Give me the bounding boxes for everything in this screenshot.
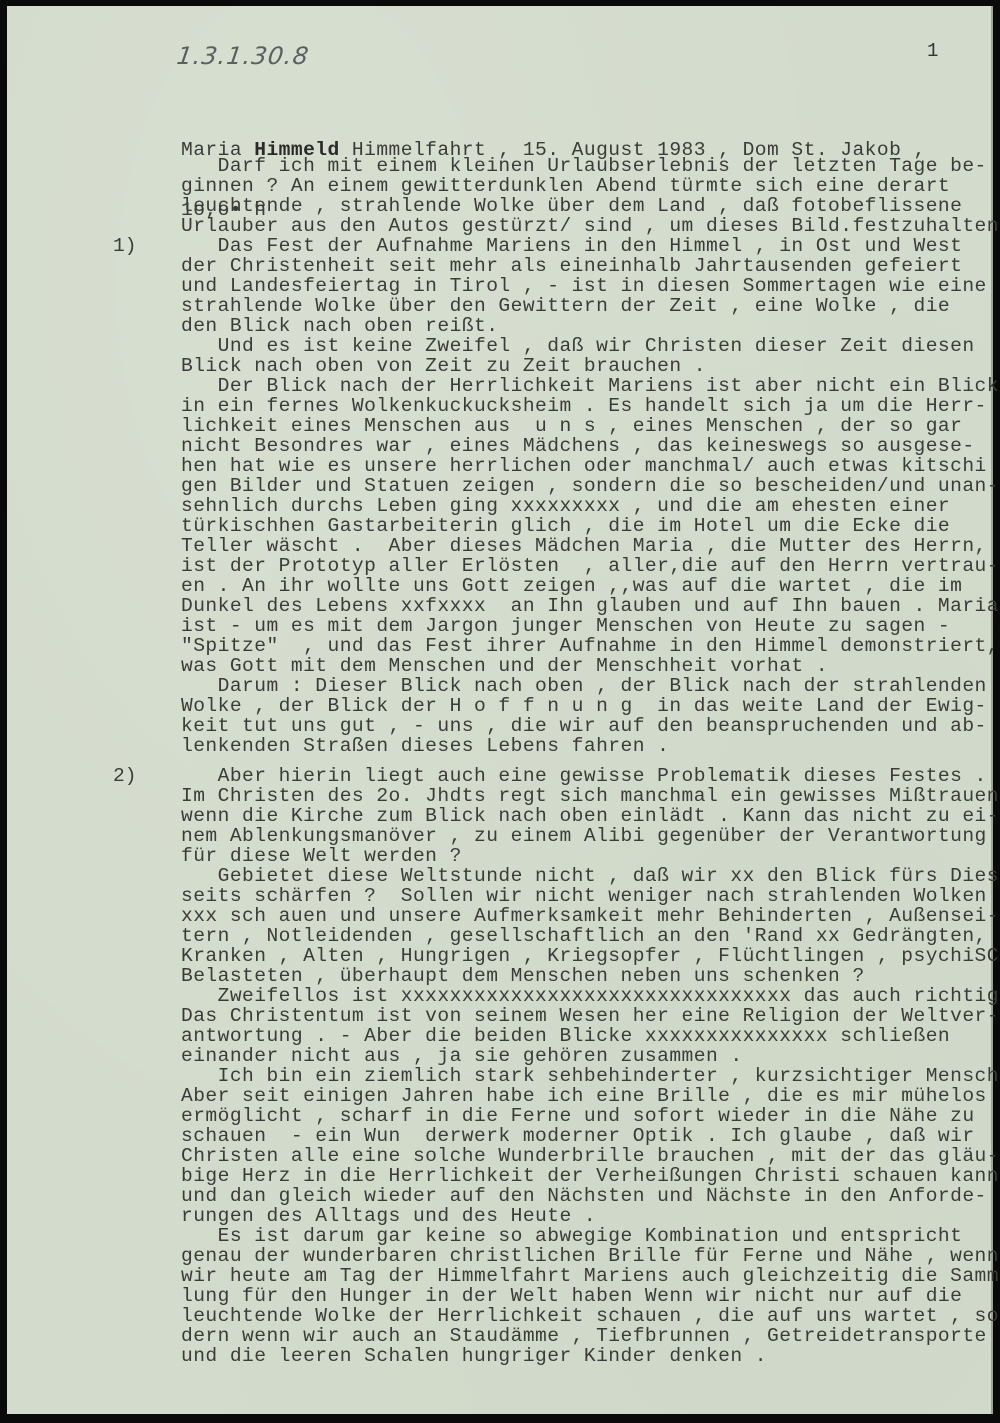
text-line: Dunkel des Lebens xxfxxxx an Ihn glauben… xyxy=(181,596,999,616)
text-line: nicht Besondres war , eines Mädchens , d… xyxy=(181,436,999,456)
text-line: ist - um es mit dem Jargon junger Mensch… xyxy=(181,616,999,636)
page-number: 1 xyxy=(927,40,938,62)
text-line: antwortung . - Aber die beiden Blicke xx… xyxy=(181,1026,1000,1046)
text-line: Darum : Dieser Blick nach oben , der Bli… xyxy=(181,676,999,696)
text-line: türkischhen Gastarbeiterin glich , die i… xyxy=(181,516,999,536)
text-line: rungen des Alltags und des Heute . xyxy=(181,1206,1000,1226)
text-line: Belasteten , überhaupt dem Menschen nebe… xyxy=(181,966,1000,986)
text-line: ist der Prototyp aller Erlösten , aller,… xyxy=(181,556,999,576)
text-line: Blick nach oben von Zeit zu Zeit brauche… xyxy=(181,356,999,376)
text-line: Darf ich mit einem kleinen Urlaubserlebn… xyxy=(181,156,1000,176)
text-line: sehnlich durchs Leben ging xxxxxxxxx , u… xyxy=(181,496,999,516)
margin-label-2: 2) xyxy=(113,766,137,786)
text-line: tern , Notleidenden , gesellschaftlich a… xyxy=(181,926,1000,946)
text-line: Teller wäscht . Aber dieses Mädchen Mari… xyxy=(181,536,999,556)
text-line: und Landesfeiertag in Tirol , - ist in d… xyxy=(181,276,999,296)
text-line: Das Christentum ist von seinem Wesen her… xyxy=(181,1006,1000,1026)
text-line: hen hat wie es unsere herrlichen oder ma… xyxy=(181,456,999,476)
text-line: en . An ihr wollte uns Gott zeigen ,,was… xyxy=(181,576,999,596)
text-line: keit tut uns gut , - uns , die wir auf d… xyxy=(181,716,999,736)
text-line: lenkenden Straßen dieses Lebens fahren . xyxy=(181,736,999,756)
section-1: Das Fest der Aufnahme Mariens in den Him… xyxy=(181,236,999,756)
text-line: ermöglicht , scharf in die Ferne und sof… xyxy=(181,1106,1000,1126)
section-intro: Darf ich mit einem kleinen Urlaubserlebn… xyxy=(181,156,1000,236)
text-line: Es ist darum gar keine so abwegige Kombi… xyxy=(181,1226,1000,1246)
text-line: Kranken , Alten , Hungrigen , Kriegsopfe… xyxy=(181,946,1000,966)
text-line: bige Herz in die Herrlichkeit der Verhei… xyxy=(181,1166,1000,1186)
text-line: Und es ist keine Zweifel , daß wir Chris… xyxy=(181,336,999,356)
text-line: Zweifellos ist xxxxxxxxxxxxxxxxxxxxxxxxx… xyxy=(181,986,1000,1006)
text-line: Wolke , der Blick der H o f f n u n g in… xyxy=(181,696,999,716)
text-line: der Christenheit seit mehr als eineinhal… xyxy=(181,256,999,276)
text-line: Ich bin ein ziemlich stark sehbehinderte… xyxy=(181,1066,1000,1086)
text-line: wir heute am Tag der Himmelfahrt Mariens… xyxy=(181,1266,1000,1286)
text-line: Der Blick nach der Herrlichkeit Mariens … xyxy=(181,376,999,396)
text-line: Gebietet diese Weltstunde nicht , daß wi… xyxy=(181,866,1000,886)
text-line: genau der wunderbaren christlichen Brill… xyxy=(181,1246,1000,1266)
text-line: Urlauber aus den Autos gestürzt/ sind , … xyxy=(181,216,1000,236)
text-line: lichkeit eines Menschen aus u n s , eine… xyxy=(181,416,999,436)
text-line: nem Ablenkungsmanöver , zu einem Alibi g… xyxy=(181,826,1000,846)
text-line: dern wenn wir auch an Staudämme , Tiefbr… xyxy=(181,1326,1000,1346)
text-line: schauen - ein Wun derwerk moderner Optik… xyxy=(181,1126,1000,1146)
text-line: Aber hierin liegt auch eine gewisse Prob… xyxy=(181,766,1000,786)
text-line: seits schärfen ? Sollen wir nicht wenige… xyxy=(181,886,1000,906)
text-line: leuchtende , strahlende Wolke über dem L… xyxy=(181,196,1000,216)
text-line: ginnen ? An einem gewitterdunklen Abend … xyxy=(181,176,1000,196)
text-line: und dan gleich wieder auf den Nächsten u… xyxy=(181,1186,1000,1206)
archive-number: 1.3.1.30.8 xyxy=(175,42,311,70)
text-line: und die leeren Schalen hungriger Kinder … xyxy=(181,1346,1000,1366)
section-2: Aber hierin liegt auch eine gewisse Prob… xyxy=(181,766,1000,1366)
typewritten-page: 1.3.1.30.8 1 Maria Himmeld Himmelfahrt ,… xyxy=(7,6,993,1414)
text-line: strahlende Wolke über den Gewittern der … xyxy=(181,296,999,316)
text-line: für diese Welt werden ? xyxy=(181,846,1000,866)
text-line: lung für den Hunger in der Welt haben We… xyxy=(181,1286,1000,1306)
text-line: einander nicht aus , ja sie gehören zusa… xyxy=(181,1046,1000,1066)
text-line: Im Christen des 2o. Jhdts regt sich manc… xyxy=(181,786,1000,806)
text-line: wenn die Kirche zum Blick nach oben einl… xyxy=(181,806,1000,826)
text-line: gen Bilder und Statuen zeigen , sondern … xyxy=(181,476,999,496)
text-line: xxx sch auen und unsere Aufmerksamkeit m… xyxy=(181,906,1000,926)
text-line: leuchtende Wolke der Herrlichkeit schaue… xyxy=(181,1306,1000,1326)
text-line: in ein fernes Wolkenkuckucksheim . Es ha… xyxy=(181,396,999,416)
text-line: was Gott mit dem Menschen und der Mensch… xyxy=(181,656,999,676)
text-line: "Spitze" , und das Fest ihrer Aufnahme i… xyxy=(181,636,999,656)
text-line: Christen alle eine solche Wunderbrille b… xyxy=(181,1146,1000,1166)
text-line: Aber seit einigen Jahren habe ich eine B… xyxy=(181,1086,1000,1106)
margin-label-1: 1) xyxy=(113,236,137,256)
text-line: Das Fest der Aufnahme Mariens in den Him… xyxy=(181,236,999,256)
text-line: den Blick nach oben reißt. xyxy=(181,316,999,336)
